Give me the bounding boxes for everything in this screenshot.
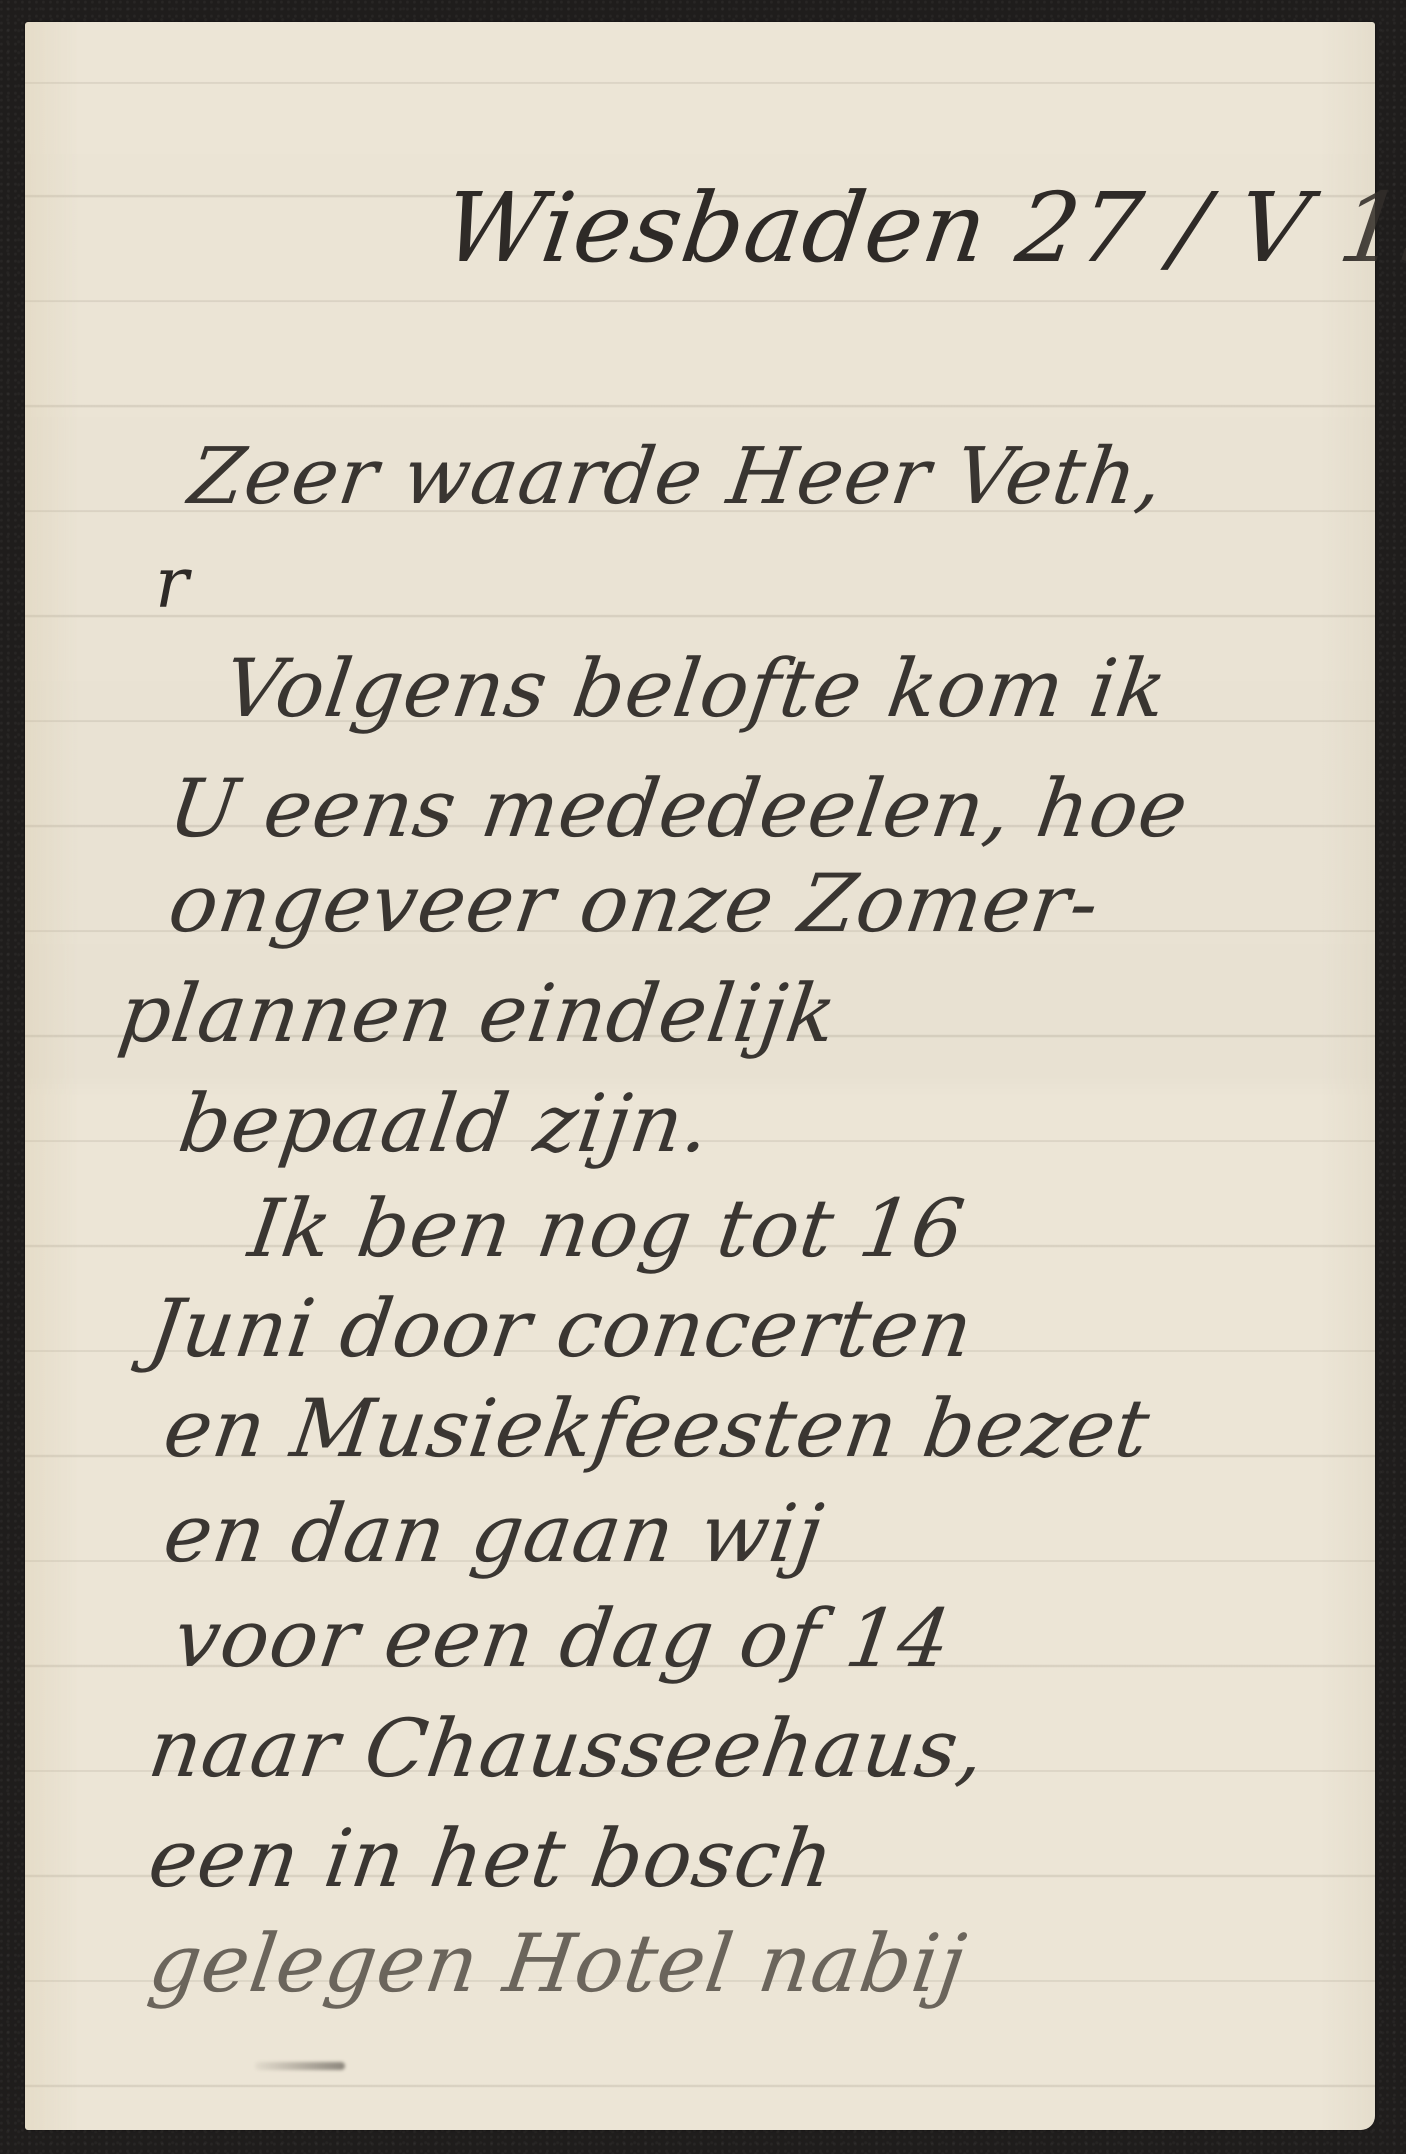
letter-line: gelegen Hotel nabij xyxy=(143,1917,971,2010)
margin-mark: r xyxy=(155,542,188,624)
letter-line: en Musiekfeesten bezet xyxy=(158,1382,1155,1475)
letter-line: ongeveer onze Zomer- xyxy=(163,857,1105,950)
letter-line: plannen eindelijk xyxy=(113,967,842,1060)
letter-line: Ik ben nog tot 16 xyxy=(243,1182,970,1275)
place-date-heading: Wiesbaden 27 / V 1902. xyxy=(437,172,1406,284)
letter-line: en dan gaan wij xyxy=(158,1487,829,1580)
letter-line: een in het bosch xyxy=(143,1812,839,1905)
letter-line: Juni door concerten xyxy=(143,1282,978,1375)
letter-line: U eens mededeelen, hoe xyxy=(163,762,1194,855)
letter-line: bepaald zijn. xyxy=(173,1077,716,1170)
salutation: Zeer waarde Heer Veth, xyxy=(184,432,1169,522)
letter-line: voor een dag of 14 xyxy=(168,1592,956,1685)
letter-page: Wiesbaden 27 / V 1902. Zeer waarde Heer … xyxy=(25,22,1375,2130)
ink-smudge xyxy=(255,2062,345,2070)
letter-line: Volgens belofte kom ik xyxy=(218,642,1173,735)
letter-line: naar Chausseehaus, xyxy=(143,1702,991,1795)
